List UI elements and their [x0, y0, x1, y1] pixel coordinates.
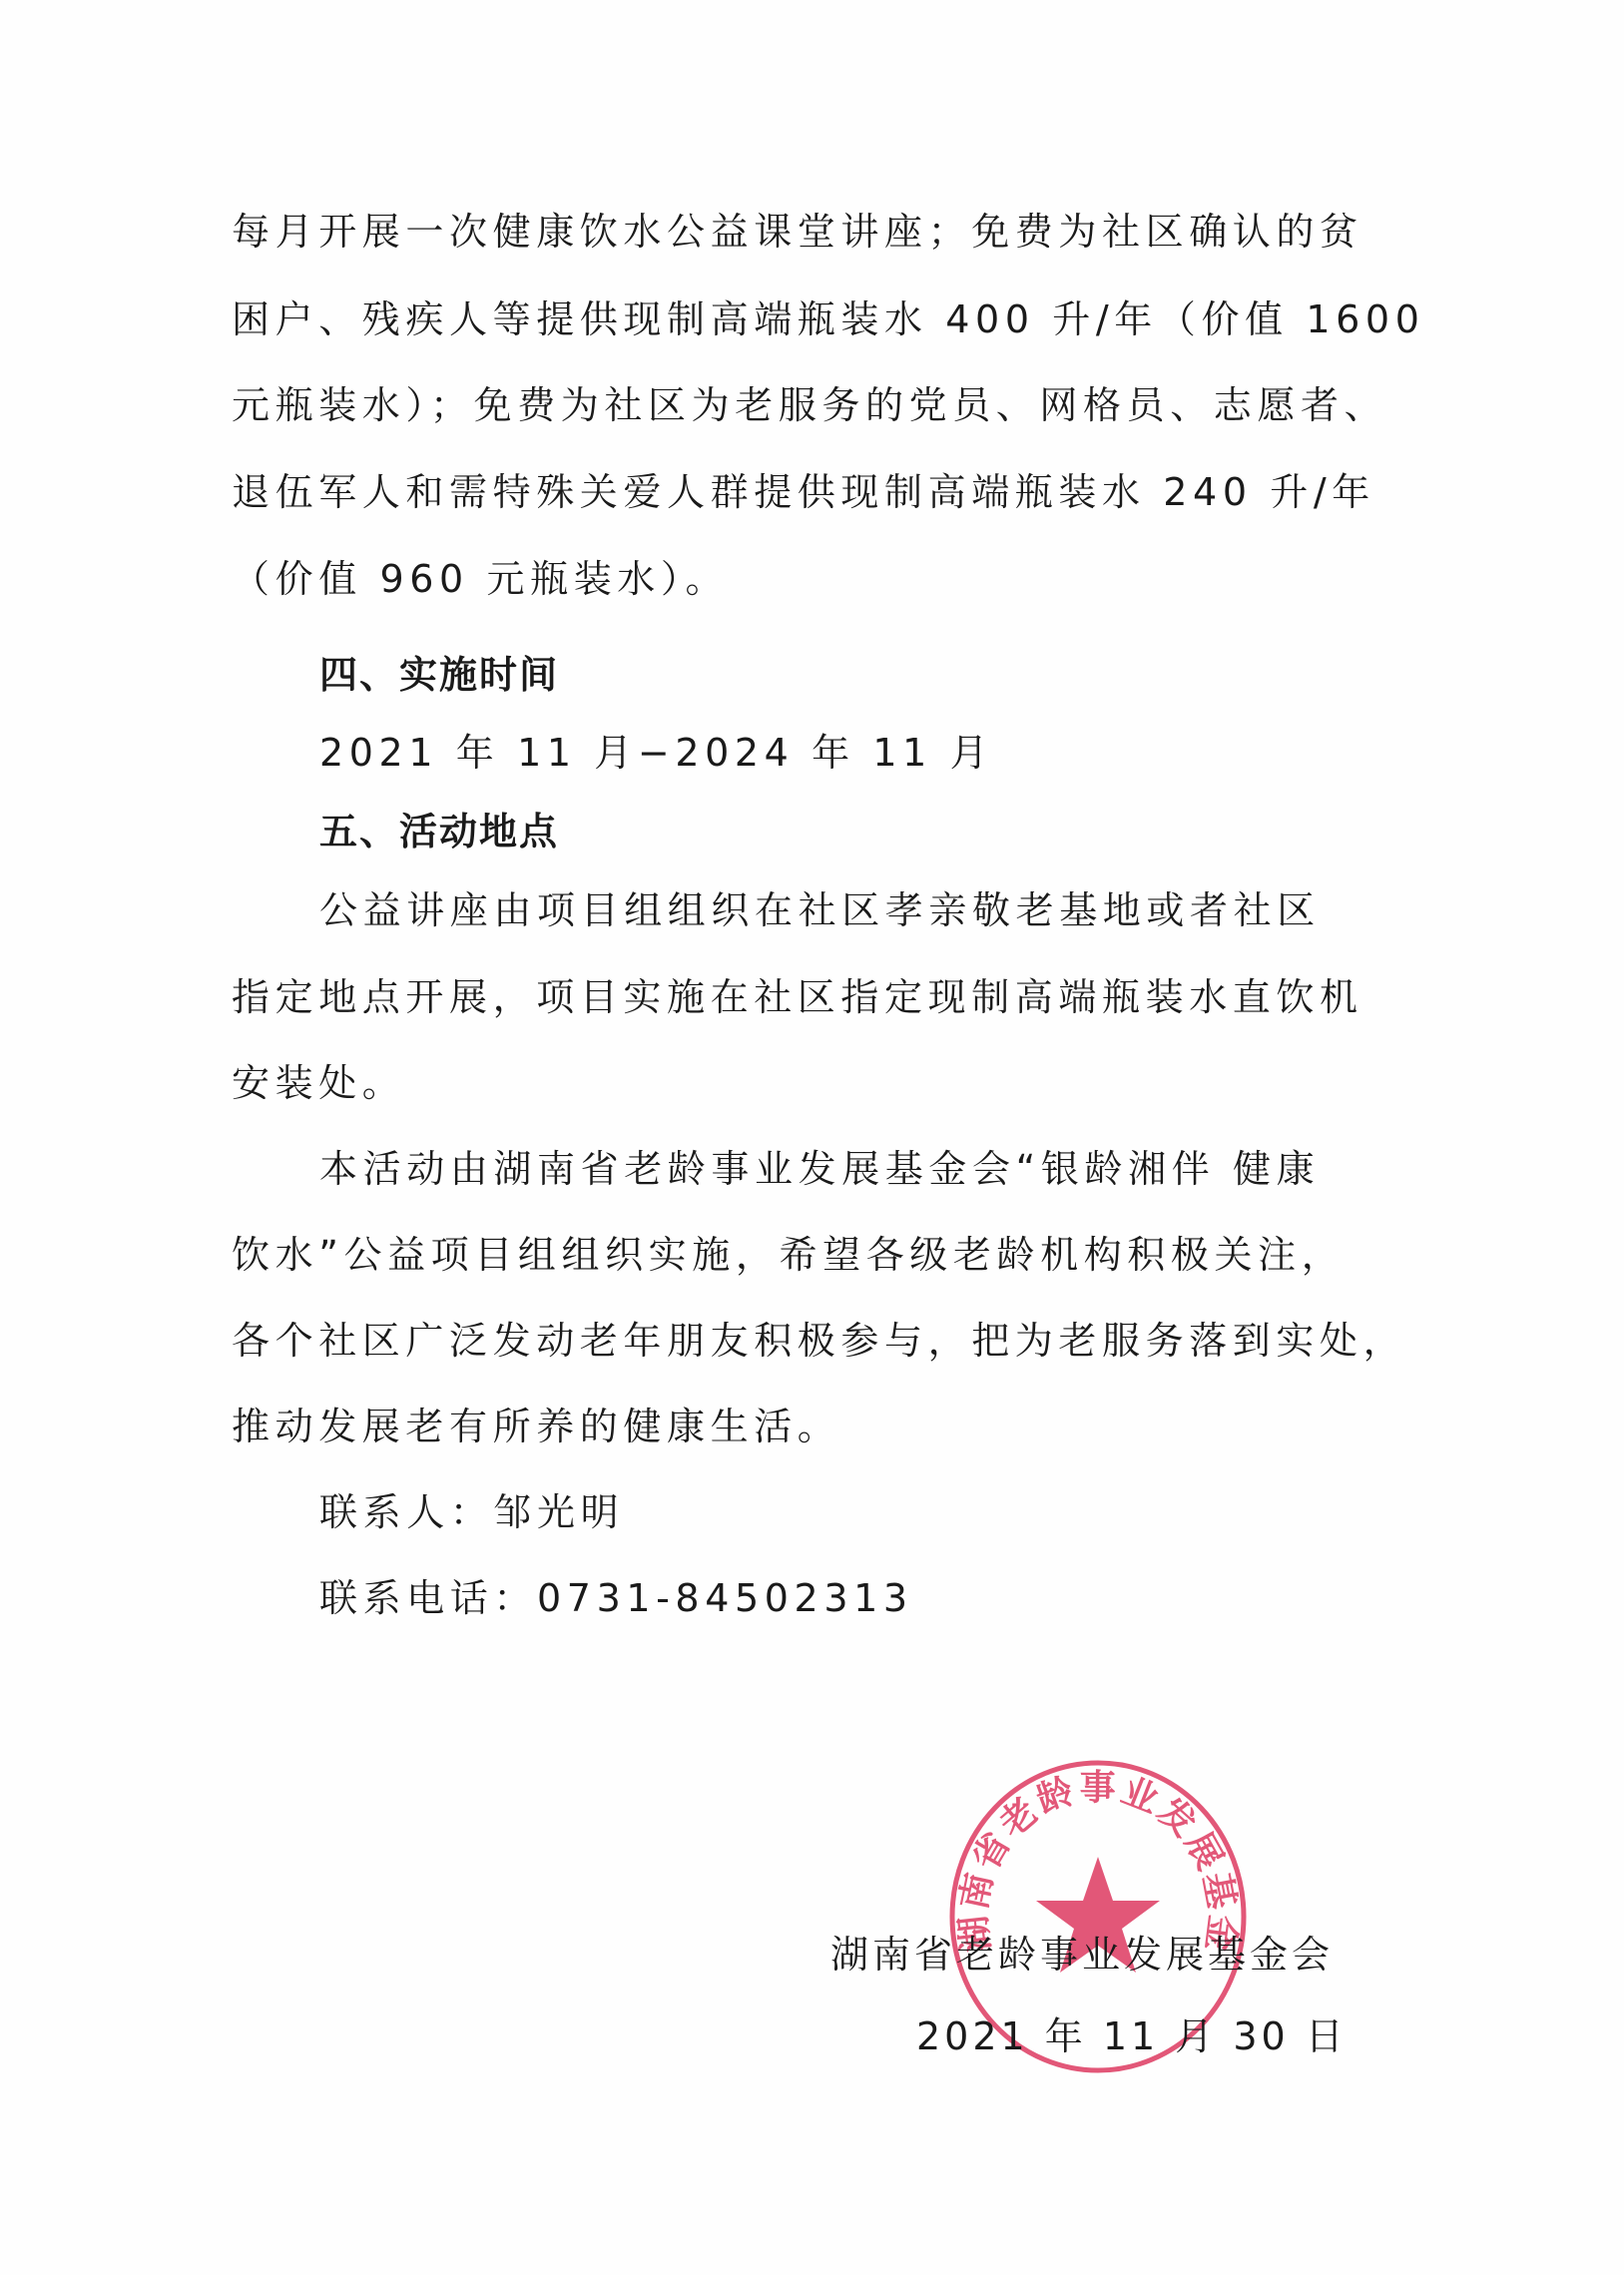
- body-line-2: 困户、残疾人等提供现制高端瓶装水 400 升/年（价值 1600: [232, 296, 1424, 342]
- closing-line-4: 推动发展老有所养的健康生活。: [232, 1404, 840, 1449]
- contact-phone-number: 0731-84502313: [537, 1576, 913, 1620]
- contact-phone: 联系电话：0731-84502313: [319, 1575, 913, 1621]
- section-5-heading: 五、活动地点: [319, 809, 559, 854]
- closing-line-3: 各个社区广泛发动老年朋友积极参与，把为老服务落到实处，: [232, 1318, 1406, 1364]
- body-line-5: （价值 960 元瓶装水）。: [232, 556, 729, 602]
- closing-line-2: 饮水”公益项目组组织实施，希望各级老龄机构积极关注，: [232, 1232, 1345, 1278]
- body-line-1: 每月开展一次健康饮水公益课堂讲座；免费为社区确认的贫: [232, 209, 1363, 255]
- implementation-period: 2021 年 11 月−2024 年 11 月: [319, 730, 993, 776]
- body-line-3: 元瓶装水）；免费为社区为老服务的党员、网格员、志愿者、: [232, 382, 1387, 428]
- location-line-3: 安装处。: [232, 1060, 405, 1106]
- location-line-1: 公益讲座由项目组组织在社区孝亲敬老基地或者社区: [319, 887, 1321, 933]
- contact-person-name: 邹光明: [493, 1490, 624, 1534]
- signature-date: 2021 年 11 月 30 日: [916, 2013, 1348, 2059]
- contact-person-label: 联系人：: [319, 1490, 493, 1534]
- body-line-4: 退伍军人和需特殊关爱人群提供现制高端瓶装水 240 升/年: [232, 469, 1375, 515]
- closing-line-1: 本活动由湖南省老龄事业发展基金会“银龄湘伴 健康: [319, 1146, 1320, 1192]
- location-line-2: 指定地点开展，项目实施在社区指定现制高端瓶装水直饮机: [232, 974, 1363, 1020]
- signature-organization: 湖南省老龄事业发展基金会: [830, 1932, 1334, 1978]
- document-page: 每月开展一次健康饮水公益课堂讲座；免费为社区确认的贫 困户、残疾人等提供现制高端…: [0, 0, 1624, 2275]
- section-4-heading: 四、实施时间: [319, 652, 559, 698]
- contact-phone-label: 联系电话：: [319, 1576, 537, 1620]
- contact-person: 联系人：邹光明: [319, 1489, 624, 1535]
